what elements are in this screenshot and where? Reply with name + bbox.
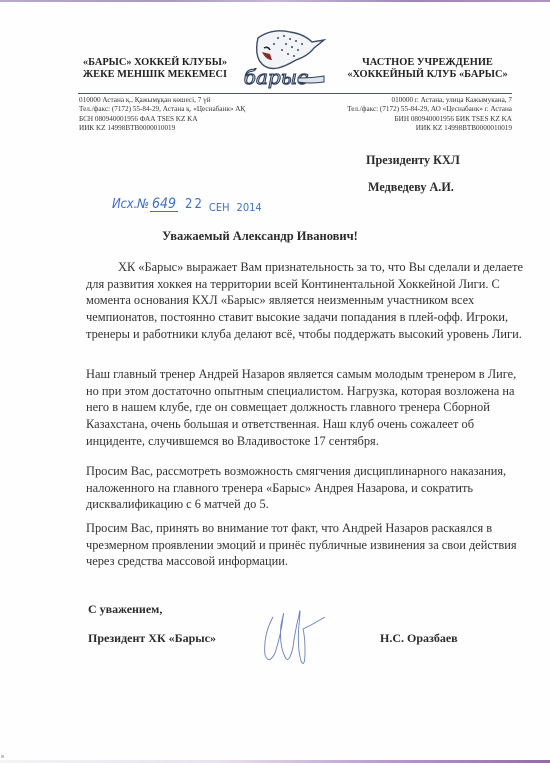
org-name-line: «БАРЫС» ХОККЕЙ КЛУБЫ» [80, 57, 230, 69]
snow-leopard-logo-icon: барыс [228, 26, 328, 92]
outgoing-number-stamp: Исх.№64922СЕН2014 [112, 193, 262, 212]
stamp-label: Исх.№ [112, 197, 149, 212]
stamp-year: 2014 [237, 201, 262, 214]
stamp-number: 649 [150, 198, 178, 212]
address-block-russian: 010000 г. Астана, улица Кажымукана, 7 Те… [347, 96, 512, 133]
handwritten-signature [255, 595, 345, 670]
address-line: ИИК KZ 14998BTB0000010019 [79, 124, 245, 133]
address-line: БИН 080940001956 БИК TSES KZ KA [347, 115, 512, 124]
org-name-line: «ХОККЕЙНЫЙ КЛУБ «БАРЫС» [340, 69, 515, 81]
recipient-name: Медведеву А.И. [366, 180, 460, 207]
scan-artifact [1, 755, 4, 758]
address-block-kazakh: 010000 Астана қ., Қажымұқан көшесі, 7 үй… [79, 96, 245, 133]
letterhead-org-kazakh: «БАРЫС» ХОККЕЙ КЛУБЫ» ЖЕКЕ МЕНШІК МЕКЕМЕ… [80, 57, 230, 81]
paragraph: ХК «Барыс» выражает Вам признательность … [86, 259, 526, 343]
address-line: Тел./факс: (7172) 55-84-29, Астана қ. «Ц… [79, 105, 245, 114]
paragraph: Просим Вас, принять во внимание тот факт… [86, 520, 526, 570]
address-line: Тел./факс: (7172) 55-84-29, АО «Цеснабан… [347, 105, 512, 114]
signer-title: Президент ХК «Барыс» [88, 631, 216, 646]
signer-name: Н.С. Оразбаев [380, 631, 458, 646]
address-line: ИИК KZ 14998BTB0000010019 [347, 124, 512, 133]
org-name-line: ЖЕКЕ МЕНШІК МЕКЕМЕСІ [80, 69, 230, 81]
paragraph: Просим Вас, рассмотреть возможность смяг… [86, 463, 526, 513]
org-name-line: ЧАСТНОЕ УЧРЕЖДЕНИЕ [340, 57, 515, 69]
letterhead-divider [78, 93, 512, 94]
address-line: 010000 Астана қ., Қажымұқан көшесі, 7 үй [79, 96, 245, 105]
scan-edge-top [0, 0, 550, 2]
paragraph: Наш главный тренер Андрей Назаров являет… [86, 366, 526, 450]
salutation: Уважаемый Александр Иванович! [80, 229, 440, 244]
recipient-title: Президенту КХЛ [366, 153, 460, 180]
stamp-month: СЕН [209, 201, 230, 214]
recipient-block: Президенту КХЛ Медведеву А.И. [366, 153, 460, 207]
svg-text:барыс: барыс [244, 65, 308, 89]
address-line: 010000 г. Астана, улица Кажымукана, 7 [347, 96, 512, 105]
stamp-day: 22 [185, 197, 204, 212]
address-line: БСН 080940001956 ФАА TSES KZ KA [79, 115, 245, 124]
closing: С уважением, [88, 602, 162, 617]
letterhead-org-russian: ЧАСТНОЕ УЧРЕЖДЕНИЕ «ХОККЕЙНЫЙ КЛУБ «БАРЫ… [340, 57, 515, 81]
